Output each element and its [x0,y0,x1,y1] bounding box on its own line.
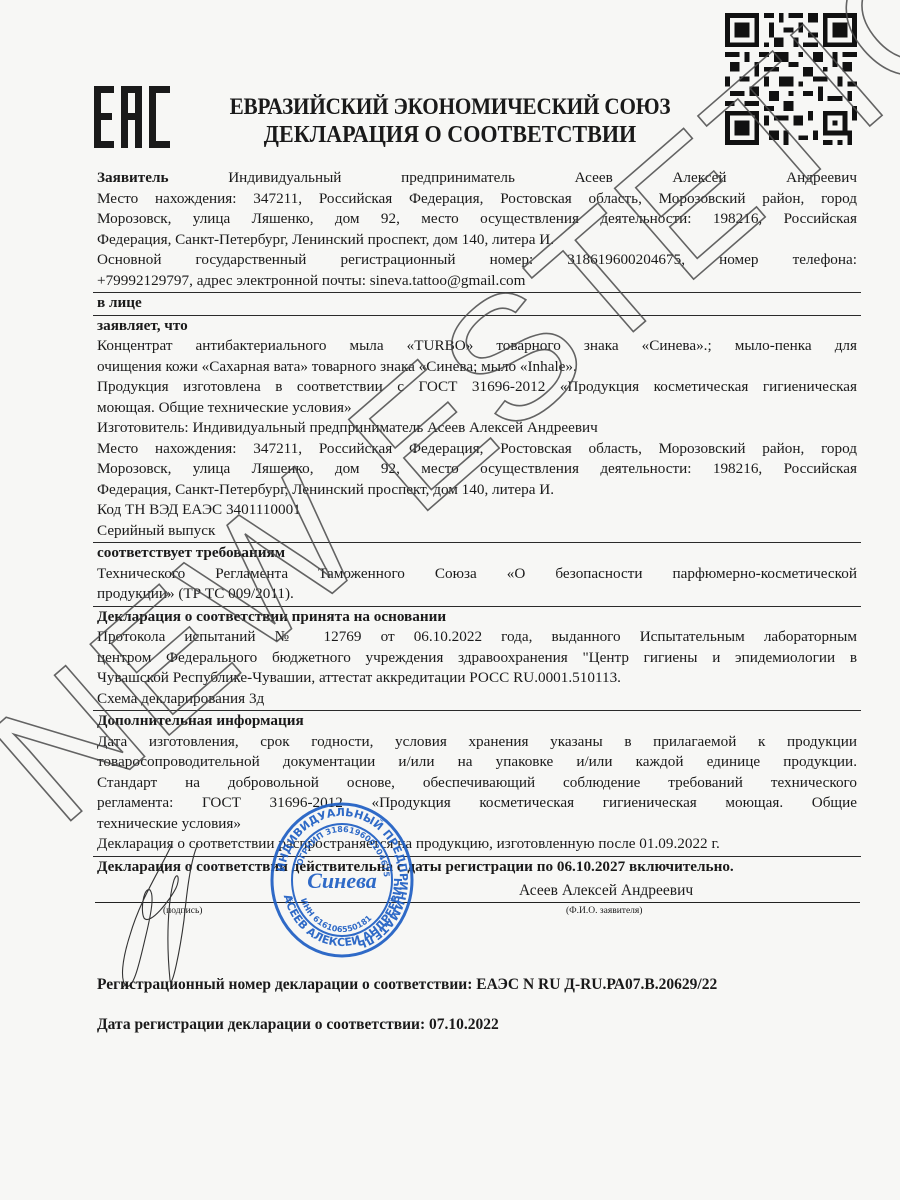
registration-date: Дата регистрации декларации о соответств… [97,1016,499,1034]
declaration-body: Заявитель Индивидуальный предприниматель… [97,168,857,877]
additional-info-line: Стандарт на добровольной основе, обеспеч… [97,773,857,794]
applicant-label: Заявитель [97,169,169,186]
additional-info-label: Дополнительная информация [97,711,857,732]
applicant-address-line: Место нахождения: 347211, Российская Фед… [97,189,857,210]
additional-info-line: технические условия» [97,814,857,835]
basis-line: центром Федерального бюджетного учрежден… [97,648,857,669]
manufacturer-address-line: Федерация, Санкт-Петербург, Ленинский пр… [97,480,857,501]
svg-text:*: * [390,896,396,907]
declares-label: заявляет, что [97,316,857,337]
union-title: ЕВРАЗИЙСКИЙ ЭКОНОМИЧЕСКИЙ СОЮЗ [211,93,689,121]
applicant-address-line: Федерация, Санкт-Петербург, Ленинский пр… [97,230,857,251]
applicant-name: Индивидуальный предприниматель Асеев Але… [228,169,857,186]
registration-number: Регистрационный номер декларации о соотв… [97,976,717,994]
declaration-scheme: Схема декларирования 3д [97,689,857,710]
standard-line: Продукция изготовлена в соответствии с Г… [97,377,857,398]
applicant-address-line: Морозовск, улица Ляшенко, дом 92, место … [97,209,857,230]
product-line: очищения кожи «Сахарная вата» товарного … [97,357,857,378]
basis-label: Декларация о соответствии принята на осн… [97,607,857,628]
eac-logo-icon [94,86,170,148]
company-stamp-icon: ИНДИВИДУАЛЬНЫЙ ПРЕДПРИНИМАТЕЛЬ ОГРНИП 31… [268,800,416,960]
complies-line: продукции» (ТР ТС 009/2011). [97,584,857,605]
additional-info-line: регламента: ГОСТ 31696-2012 «Продукция к… [97,793,857,814]
applicant-registration-line: +79992129797, адрес электронной почты: s… [97,271,857,292]
manufacturer-address-line: Место нахождения: 347211, Российская Фед… [97,439,857,460]
handwritten-signature-icon [110,840,240,990]
additional-info-line: товаросопроводительной документации и/ил… [97,752,857,773]
qr-code-icon [720,8,862,150]
applicant-line: Заявитель Индивидуальный предприниматель… [97,168,857,189]
product-line: Концентрат антибактериального мыла «TURB… [97,336,857,357]
svg-text:*: * [288,896,294,907]
manufacturer-address-line: Морозовск, улица Ляшенко, дом 92, место … [97,459,857,480]
represented-by-label: в лице [97,293,857,314]
header-titles: ЕВРАЗИЙСКИЙ ЭКОНОМИЧЕСКИЙ СОЮЗ ДЕКЛАРАЦИ… [190,93,710,149]
additional-info-line: Дата изготовления, срок годности, услови… [97,732,857,753]
applicant-full-name: Асеев Алексей Андреевич [519,882,693,900]
document-title: ДЕКЛАРАЦИЯ О СООТВЕТСТВИИ [211,121,689,149]
basis-line: Протокола испытаний № 12769 от 06.10.202… [97,627,857,648]
production-type: Серийный выпуск [97,521,857,542]
name-caption: (Ф.И.О. заявителя) [566,906,642,916]
standard-line: моющая. Общие технические условия» [97,398,857,419]
declaration-page: ЕВРАЗИЙСКИЙ ЭКОНОМИЧЕСКИЙ СОЮЗ ДЕКЛАРАЦИ… [0,0,900,1200]
complies-line: Технического Регламента Таможенного Союз… [97,564,857,585]
svg-text:Синева: Синева [307,868,377,893]
basis-line: Чувашской Республике-Чувашии, аттестат а… [97,668,857,689]
complies-label: соответствует требованиям [97,543,857,564]
manufacturer-line: Изготовитель: Индивидуальный предпринима… [97,418,857,439]
hs-code: Код ТН ВЭД ЕАЭС 3401110001 [97,500,857,521]
applicant-registration-line: Основной государственный регистрационный… [97,250,857,271]
